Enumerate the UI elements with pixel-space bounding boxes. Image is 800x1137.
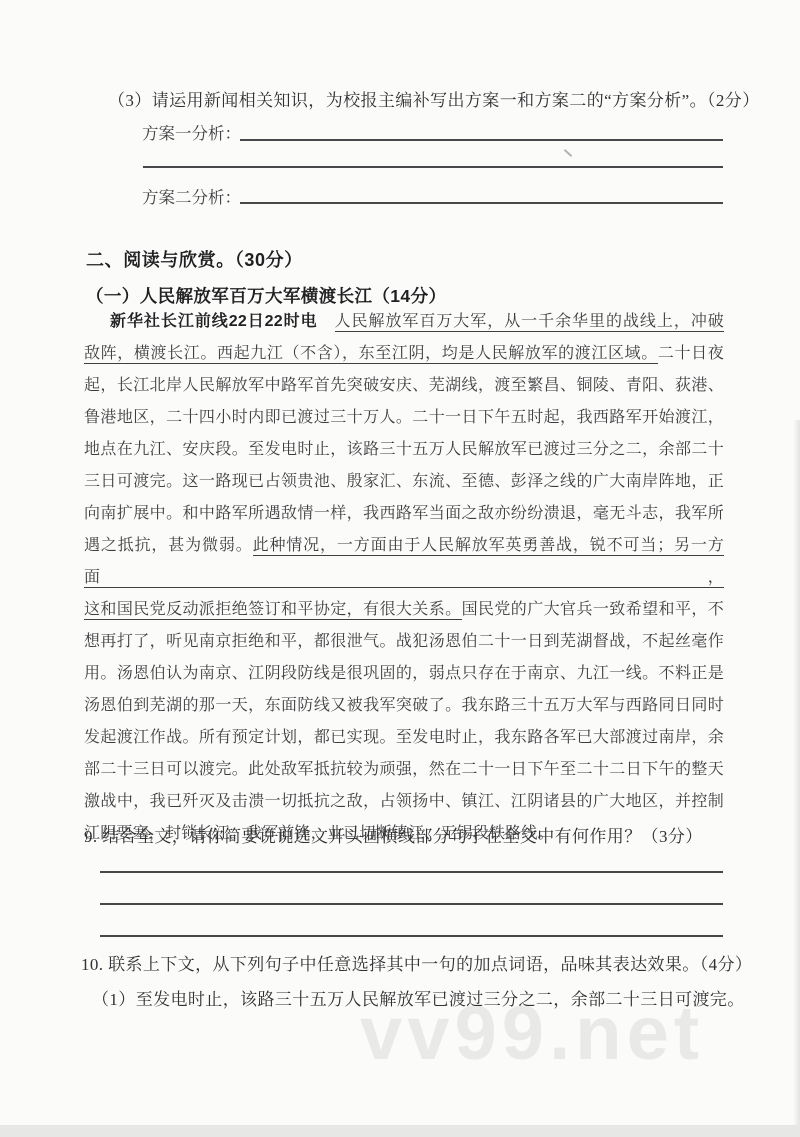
page-right-edge-shadow [793, 420, 800, 1137]
passage: 新华社长江前线22日22时电 人民解放军百万大军，从一千余华里的战线上，冲破敌阵… [84, 306, 724, 850]
passage-segment: 起，长江北岸人民解放军中路军首先突破安庆、芜湖线，渡至繁昌、铜陵、青阳、荻港、 [84, 377, 724, 394]
passage-line: 部二十三日可以渡完。此处敌军抵抗较为顽强，然在二十一日下午至二十二日下午的整天 [84, 754, 724, 786]
passage-underlined-segment: 人民解放军百万大军，从一千余华里的战线上，冲破 [335, 313, 724, 332]
passage-byline: 新华社长江前线22日22时电 [110, 313, 318, 330]
passage-line: 新华社长江前线22日22时电 人民解放军百万大军，从一千余华里的战线上，冲破 [84, 306, 724, 338]
plan2-blank-line [240, 202, 723, 204]
passage-segment [318, 313, 335, 330]
passage-line: 三日可渡完。这一路现已占领贵池、殷家汇、东流、至德、彭泽之线的广大南岸阵地，正 [84, 466, 724, 498]
q9-answer-line-2 [100, 903, 723, 905]
q9-answer-line-1 [100, 871, 723, 873]
passage-line: 敌阵，横渡长江。西起九江（不含），东至江阴，均是人民解放军的渡江区域。二十日夜 [84, 338, 724, 370]
stray-mark [564, 149, 573, 157]
passage-underlined-segment: 敌阵，横渡长江。西起九江（不含），东至江阴，均是人民解放军的渡江区域。 [84, 345, 658, 364]
passage-segment: 向南扩展中。和中路军所遇敌情一样，我西路军当面之敌亦纷纷溃退，毫无斗志，我军所 [84, 505, 724, 522]
passage-heading: （一）人民解放军百万大军横渡长江（14分） [86, 283, 446, 308]
passage-segment: 激战中，我已歼灭及击溃一切抵抗之敌，占领扬中、镇江、江阴诸县的广大地区，并控制 [84, 793, 724, 810]
passage-line: 向南扩展中。和中路军所遇敌情一样，我西路军当面之敌亦纷纷溃退，毫无斗志，我军所 [84, 498, 724, 530]
exam-page: vv99.net （3）请运用新闻相关知识，为校报主编补写出方案一和方案二的“方… [0, 0, 800, 1137]
passage-segment: 三日可渡完。这一路现已占领贵池、殷家汇、东流、至德、彭泽之线的广大南岸阵地，正 [84, 473, 724, 490]
passage-segment: 遇之抵抗，甚为微弱。 [84, 537, 253, 554]
plan1-blank-line [240, 139, 723, 141]
passage-segment: 地点在九江、安庆段。至发电时止，该路三十五万人民解放军已渡过三分之二，余部二十 [84, 441, 724, 458]
passage-segment: 二十日夜 [658, 345, 724, 362]
passage-segment: 想再打了，听见南京拒绝和平，都很泄气。战犯汤恩伯二十一日到芜湖督战，不起丝毫作 [84, 633, 724, 650]
passage-segment: 国民党的广大官兵一致希望和平，不 [462, 601, 724, 618]
section-heading: 二、阅读与欣赏。（30分） [86, 246, 303, 272]
page-bottom-edge [0, 1125, 800, 1137]
passage-line: 起，长江北岸人民解放军中路军首先突破安庆、芜湖线，渡至繁昌、铜陵、青阳、荻港、 [84, 370, 724, 402]
passage-segment: 发起渡江作战。所有预定计划，都已实现。至发电时止，我东路各军已大部渡过南岸，余 [84, 729, 724, 746]
passage-segment: 鲁港地区，二十四小时内即已渡过三十万人。二十一日下午五时起，我西路军开始渡江， [84, 409, 724, 426]
passage-line: 地点在九江、安庆段。至发电时止，该路三十五万人民解放军已渡过三分之二，余部二十 [84, 434, 724, 466]
passage-segment: 汤恩伯到芜湖的那一天，东面防线又被我军突破了。我东路三十五万大军与西路同日同时 [84, 697, 724, 714]
passage-line: 汤恩伯到芜湖的那一天，东面防线又被我军突破了。我东路三十五万大军与西路同日同时 [84, 690, 724, 722]
question-10-item-1: （1）至发电时止，该路三十五万人民解放军已渡过三分之二，余部二十三日可渡完。 [92, 985, 745, 1010]
question-9: 9. 结合全文，请你简要说说选文开头画横线部分句子在全文中有何作用？（3分） [84, 822, 703, 847]
passage-line: 用。汤恩伯认为南京、江阴段防线是很巩固的，弱点只存在于南京、九江一线。不料正是 [84, 658, 724, 690]
passage-underlined-segment: 这和国民党反动派拒绝签订和平协定，有很大关系。 [84, 601, 462, 620]
question-3: （3）请运用新闻相关知识，为校报主编补写出方案一和方案二的“方案分析”。（2分） [108, 86, 760, 111]
plan1-blank-line-2 [143, 166, 723, 168]
plan1-label: 方案一分析： [142, 120, 241, 144]
question-10: 10. 联系上下文，从下列句子中任意选择其中一句的加点词语，品味其表达效果。（4… [81, 950, 752, 975]
plan2-label: 方案二分析： [142, 184, 241, 208]
passage-line: 这和国民党反动派拒绝签订和平协定，有很大关系。国民党的广大官兵一致希望和平，不 [84, 594, 724, 626]
q9-answer-line-3 [100, 935, 723, 937]
passage-line: 激战中，我已歼灭及击溃一切抵抗之敌，占领扬中、镇江、江阴诸县的广大地区，并控制 [84, 786, 724, 818]
passage-segment: 用。汤恩伯认为南京、江阴段防线是很巩固的，弱点只存在于南京、九江一线。不料正是 [84, 665, 724, 682]
passage-segment: 部二十三日可以渡完。此处敌军抵抗较为顽强，然在二十一日下午至二十二日下午的整天 [84, 761, 724, 778]
passage-line: 想再打了，听见南京拒绝和平，都很泄气。战犯汤恩伯二十一日到芜湖督战，不起丝毫作 [84, 626, 724, 658]
passage-line: 发起渡江作战。所有预定计划，都已实现。至发电时止，我东路各军已大部渡过南岸，余 [84, 722, 724, 754]
passage-line: 遇之抵抗，甚为微弱。此种情况，一方面由于人民解放军英勇善战，锐不可当；另一方面， [84, 530, 724, 594]
passage-line: 鲁港地区，二十四小时内即已渡过三十万人。二十一日下午五时起，我西路军开始渡江， [84, 402, 724, 434]
